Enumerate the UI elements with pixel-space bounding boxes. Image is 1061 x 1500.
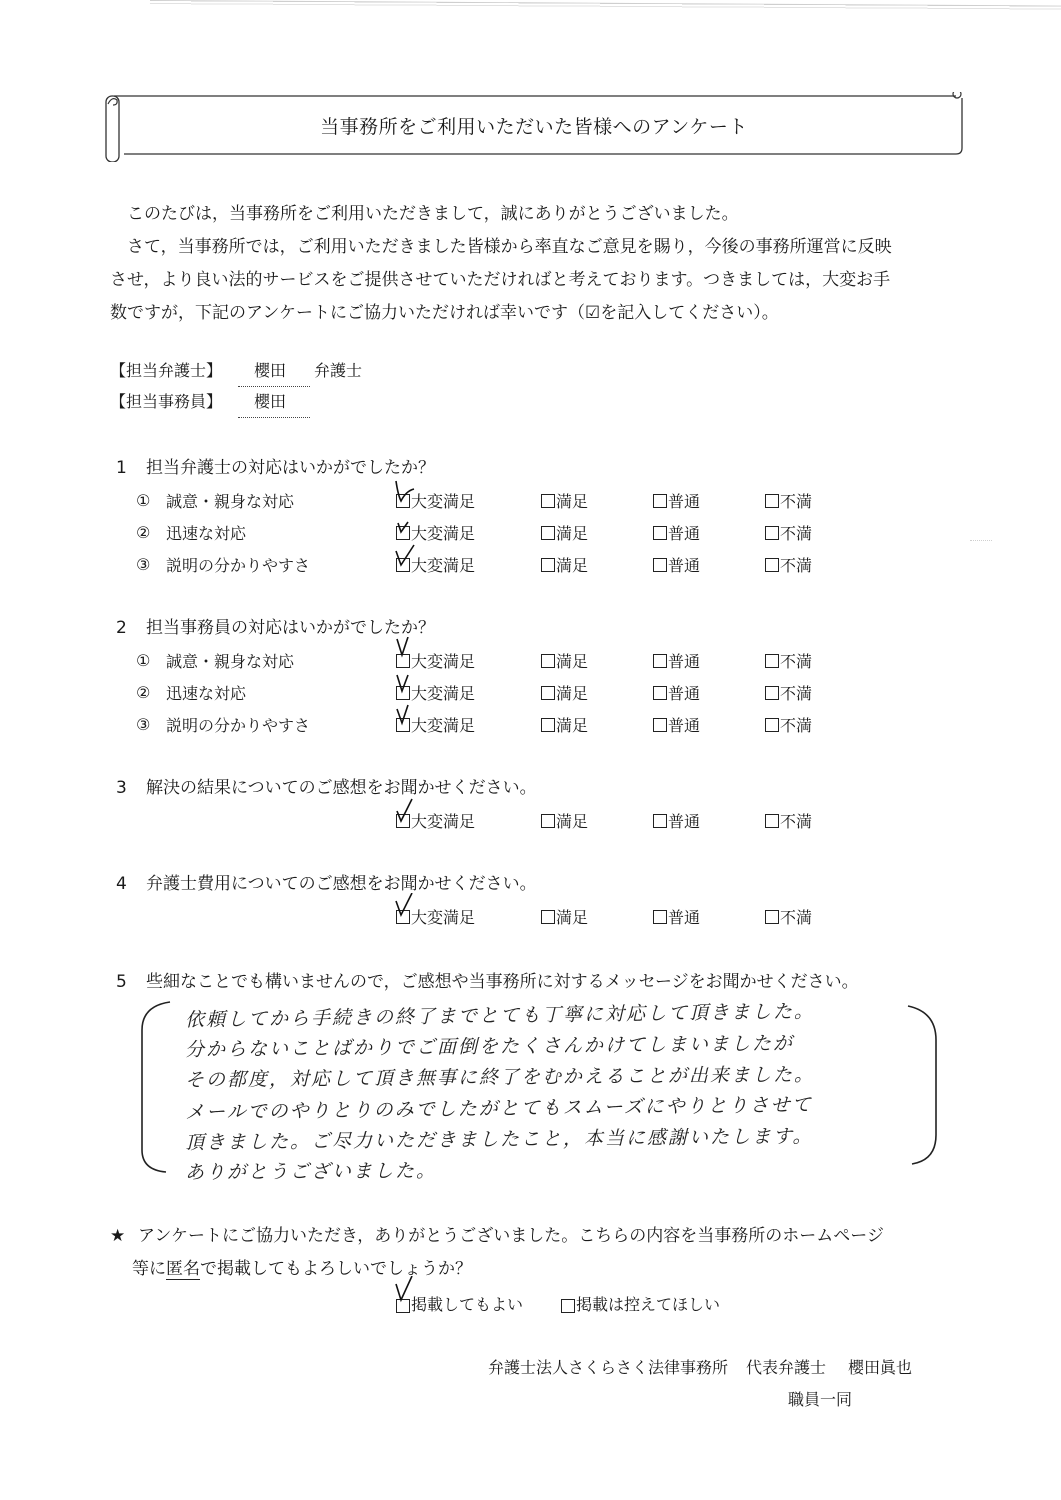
checkbox-icon[interactable] xyxy=(765,910,779,924)
question-title: 解決の結果についてのご感想をお聞かせください。 xyxy=(146,772,537,804)
lawyer-name-field[interactable]: 櫻田 xyxy=(238,356,310,387)
question-3: 3 解決の結果についてのご感想をお聞かせください。 大変満足 満足 普通 不満 xyxy=(116,772,835,836)
item-index: ① xyxy=(136,651,166,670)
option-very-satisfied[interactable]: 大変満足 xyxy=(396,713,541,736)
question-number: 1 xyxy=(116,452,146,484)
option-very-satisfied[interactable]: 大変満足 xyxy=(396,649,541,672)
checkbox-icon[interactable] xyxy=(653,558,667,572)
checkbox-icon[interactable] xyxy=(765,494,779,508)
representative-name: 櫻田眞也 xyxy=(848,1352,912,1384)
publish-consent: ★アンケートにご協力いただき，ありがとうございました。こちらの内容を当事務所のホ… xyxy=(110,1220,990,1321)
checkbox-icon[interactable] xyxy=(541,654,555,668)
scan-edge-artifact xyxy=(150,0,1061,12)
item-label: 説明の分かりやすさ xyxy=(166,553,396,576)
checkbox-icon[interactable] xyxy=(541,526,555,540)
option-very-satisfied[interactable]: 大変満足 xyxy=(396,553,541,576)
signature: 弁護士法人さくらさく法律事務所 代表弁護士 櫻田眞也 職員一同 xyxy=(488,1352,912,1416)
option-satisfied[interactable]: 満足 xyxy=(541,713,653,736)
option-very-satisfied[interactable]: 大変満足 xyxy=(396,521,541,544)
checkbox-icon[interactable] xyxy=(765,526,779,540)
item-label: 誠意・親身な対応 xyxy=(166,489,396,512)
item-index: ② xyxy=(136,523,166,542)
intro-line: さて，当事務所では，ご利用いただきました皆様から率直なご意見を賜り，今後の事務所… xyxy=(110,231,980,264)
question-4: 4 弁護士費用についてのご感想をお聞かせください。 大変満足 満足 普通 不満 xyxy=(116,868,835,932)
checkbox-icon[interactable] xyxy=(765,814,779,828)
option-neutral[interactable]: 普通 xyxy=(653,809,765,832)
checkbox-icon[interactable] xyxy=(653,814,667,828)
checkbox-icon[interactable] xyxy=(396,558,410,572)
option-publish-ok[interactable]: 掲載してもよい xyxy=(396,1288,523,1321)
checkbox-icon[interactable] xyxy=(765,558,779,572)
checkbox-icon[interactable] xyxy=(396,718,410,732)
lawyer-label: 【担当弁護士】 xyxy=(110,356,238,386)
option-satisfied[interactable]: 満足 xyxy=(541,681,653,704)
option-neutral[interactable]: 普通 xyxy=(653,521,765,544)
rating-row: 大変満足 満足 普通 不満 xyxy=(116,804,835,836)
question-number: 3 xyxy=(116,772,146,804)
office-name: 弁護士法人さくらさく法律事務所 xyxy=(488,1352,728,1384)
clerk-row: 【担当事務員】 櫻田 xyxy=(110,387,362,418)
checkbox-icon[interactable] xyxy=(396,654,410,668)
question-title: 担当事務員の対応はいかがでしたか？ xyxy=(146,612,435,644)
page-title: 当事務所をご利用いただいた皆様へのアンケート xyxy=(104,112,964,139)
option-very-satisfied[interactable]: 大変満足 xyxy=(396,489,541,512)
option-publish-decline[interactable]: 掲載は控えてほしい xyxy=(561,1288,720,1321)
rating-row: ② 迅速な対応 大変満足 満足 普通 不満 xyxy=(116,516,835,548)
rating-row: ① 誠意・親身な対応 大変満足 満足 普通 不満 xyxy=(116,484,835,516)
option-dissatisfied[interactable]: 不満 xyxy=(765,521,835,544)
staff-signoff: 職員一同 xyxy=(488,1384,912,1416)
intro-line: このたびは，当事務所をご利用いただきまして，誠にありがとうございました。 xyxy=(110,198,980,231)
checkbox-icon[interactable] xyxy=(765,686,779,700)
option-very-satisfied[interactable]: 大変満足 xyxy=(396,905,541,928)
checkbox-icon[interactable] xyxy=(561,1299,575,1313)
scan-speck xyxy=(970,540,992,543)
option-dissatisfied[interactable]: 不満 xyxy=(765,649,835,672)
item-index: ① xyxy=(136,491,166,510)
option-satisfied[interactable]: 満足 xyxy=(541,489,653,512)
question-1: 1 担当弁護士の対応はいかがでしたか？ ① 誠意・親身な対応 大変満足 満足 普… xyxy=(116,452,835,580)
option-satisfied[interactable]: 満足 xyxy=(541,521,653,544)
item-index: ③ xyxy=(136,715,166,734)
publish-line-1: アンケートにご協力いただき，ありがとうございました。こちらの内容を当事務所のホー… xyxy=(138,1226,884,1246)
question-number: 2 xyxy=(116,612,146,644)
option-dissatisfied[interactable]: 不満 xyxy=(765,489,835,512)
checkbox-icon[interactable] xyxy=(653,494,667,508)
checkbox-icon[interactable] xyxy=(396,814,410,828)
checkbox-icon[interactable] xyxy=(653,654,667,668)
item-label: 説明の分かりやすさ xyxy=(166,713,396,736)
clerk-name-field[interactable]: 櫻田 xyxy=(238,387,310,418)
question-title: 担当弁護士の対応はいかがでしたか？ xyxy=(146,452,435,484)
option-neutral[interactable]: 普通 xyxy=(653,553,765,576)
checkbox-icon[interactable] xyxy=(541,910,555,924)
option-very-satisfied[interactable]: 大変満足 xyxy=(396,809,541,832)
checkbox-icon[interactable] xyxy=(541,686,555,700)
option-dissatisfied[interactable]: 不満 xyxy=(765,713,835,736)
option-neutral[interactable]: 普通 xyxy=(653,649,765,672)
clerk-label: 【担当事務員】 xyxy=(110,387,238,417)
checkbox-icon[interactable] xyxy=(396,1299,410,1313)
option-neutral[interactable]: 普通 xyxy=(653,489,765,512)
option-dissatisfied[interactable]: 不満 xyxy=(765,809,835,832)
lawyer-suffix: 弁護士 xyxy=(314,356,362,386)
option-dissatisfied[interactable]: 不満 xyxy=(765,681,835,704)
option-neutral[interactable]: 普通 xyxy=(653,905,765,928)
option-neutral[interactable]: 普通 xyxy=(653,681,765,704)
star-icon: ★ xyxy=(110,1220,138,1253)
rating-row: ③ 説明の分かりやすさ 大変満足 満足 普通 不満 xyxy=(116,548,835,580)
intro-line: させ，より良い法的サービスをご提供させていただければと考えております。つきまして… xyxy=(110,264,980,297)
checkbox-icon[interactable] xyxy=(396,910,410,924)
question-number: 4 xyxy=(116,868,146,900)
item-index: ② xyxy=(136,683,166,702)
intro-line: 数ですが，下記のアンケートにご協力いただければ幸いです（☑を記入してください）。 xyxy=(110,297,980,330)
question-2: 2 担当事務員の対応はいかがでしたか？ ① 誠意・親身な対応 大変満足 満足 普… xyxy=(116,612,835,740)
checkbox-icon[interactable] xyxy=(653,526,667,540)
checkbox-icon[interactable] xyxy=(653,718,667,732)
item-label: 迅速な対応 xyxy=(166,521,396,544)
option-neutral[interactable]: 普通 xyxy=(653,713,765,736)
item-label: 誠意・親身な対応 xyxy=(166,649,396,672)
question-title: 弁護士費用についてのご感想をお聞かせください。 xyxy=(146,868,537,900)
checkbox-icon[interactable] xyxy=(765,718,779,732)
checkbox-icon[interactable] xyxy=(765,654,779,668)
checkbox-icon[interactable] xyxy=(541,558,555,572)
lawyer-row: 【担当弁護士】 櫻田 弁護士 xyxy=(110,356,362,387)
item-label: 迅速な対応 xyxy=(166,681,396,704)
title-banner: 当事務所をご利用いただいた皆様へのアンケート xyxy=(104,92,964,156)
checkbox-icon[interactable] xyxy=(653,686,667,700)
staff-info: 【担当弁護士】 櫻田 弁護士 【担当事務員】 櫻田 xyxy=(110,356,362,418)
option-satisfied[interactable]: 満足 xyxy=(541,553,653,576)
option-satisfied[interactable]: 満足 xyxy=(541,905,653,928)
checkbox-icon[interactable] xyxy=(653,910,667,924)
comment-area[interactable]: 依頼してから手続きの終了までとても丁寧に対応して頂きました。 分からないことばか… xyxy=(130,990,940,1200)
rating-row: ② 迅速な対応 大変満足 満足 普通 不満 xyxy=(116,676,835,708)
checkbox-icon[interactable] xyxy=(541,718,555,732)
checkbox-icon[interactable] xyxy=(396,686,410,700)
option-satisfied[interactable]: 満足 xyxy=(541,809,653,832)
checkbox-icon[interactable] xyxy=(541,494,555,508)
rating-row: 大変満足 満足 普通 不満 xyxy=(116,900,835,932)
representative-title: 代表弁護士 xyxy=(746,1352,826,1384)
item-index: ③ xyxy=(136,555,166,574)
option-dissatisfied[interactable]: 不満 xyxy=(765,553,835,576)
checkbox-icon[interactable] xyxy=(396,526,410,540)
handwritten-comment: 依頼してから手続きの終了までとても丁寧に対応して頂きました。 分からないことばか… xyxy=(185,1000,925,1186)
anonymous-emphasis: 匿名 xyxy=(166,1259,200,1280)
rating-row: ③ 説明の分かりやすさ 大変満足 満足 普通 不満 xyxy=(116,708,835,740)
option-dissatisfied[interactable]: 不満 xyxy=(765,905,835,928)
checkbox-icon[interactable] xyxy=(396,494,410,508)
option-satisfied[interactable]: 満足 xyxy=(541,649,653,672)
rating-row: ① 誠意・親身な対応 大変満足 満足 普通 不満 xyxy=(116,644,835,676)
checkbox-icon[interactable] xyxy=(541,814,555,828)
intro-text: このたびは，当事務所をご利用いただきまして，誠にありがとうございました。 さて，… xyxy=(110,198,980,330)
comment-line: ありがとうございました。 xyxy=(185,1152,925,1188)
option-very-satisfied[interactable]: 大変満足 xyxy=(396,681,541,704)
